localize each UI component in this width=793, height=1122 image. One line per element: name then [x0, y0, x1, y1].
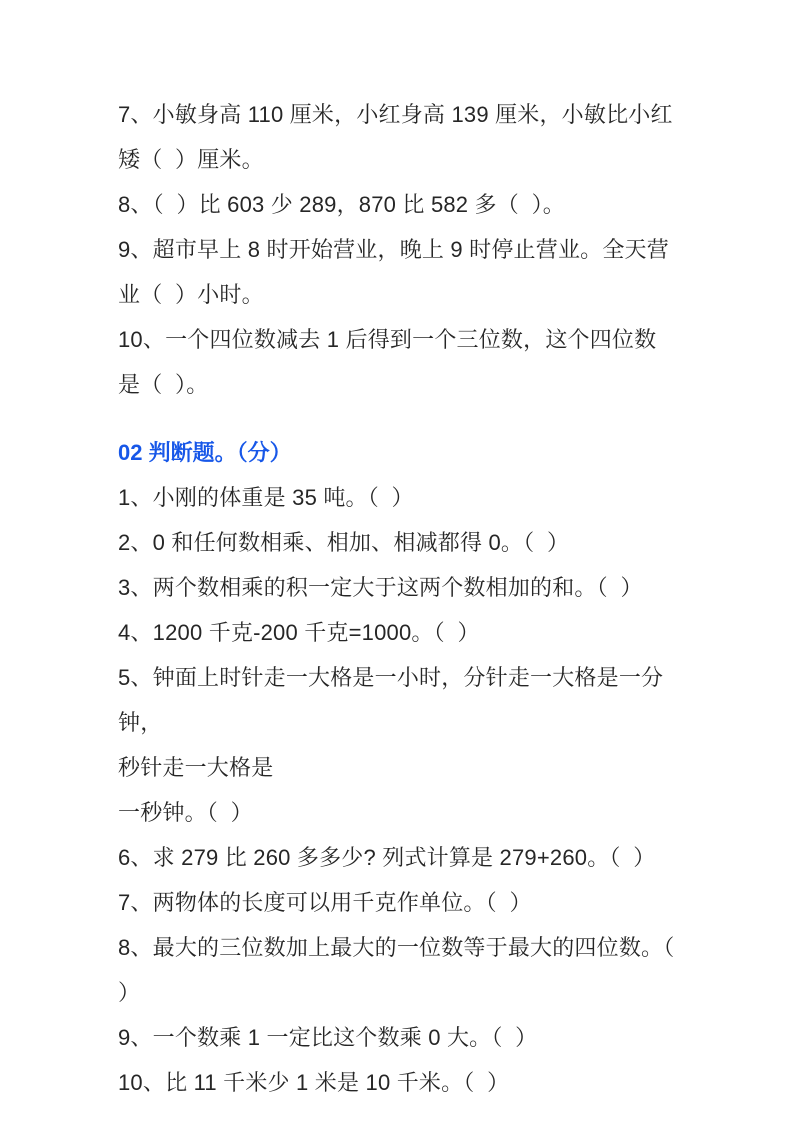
fill-in-blank-section: 7、小敏身高 110 厘米，小红身高 139 厘米，小敏比小红 矮（ ）厘米。 …: [118, 92, 683, 407]
judge-question-5-line-1: 5、钟面上时针走一大格是一小时，分针走一大格是一分钟，: [118, 655, 683, 745]
judge-question-4-line-1: 4、1200 千克-200 千克=1000。（ ）: [118, 610, 683, 655]
judge-question-5-line-3: 一秒钟。（ ）: [118, 790, 683, 835]
judge-section: 1、小刚的体重是 35 吨。（ ） 2、0 和任何数相乘、相加、相减都得 0。（…: [118, 475, 683, 1105]
worksheet-page: 7、小敏身高 110 厘米，小红身高 139 厘米，小敏比小红 矮（ ）厘米。 …: [0, 0, 793, 1122]
judge-question-3-line-1: 3、两个数相乘的积一定大于这两个数相加的和。（ ）: [118, 565, 683, 610]
judge-question-1-line-1: 1、小刚的体重是 35 吨。（ ）: [118, 475, 683, 520]
judge-question-2-line-1: 2、0 和任何数相乘、相加、相减都得 0。（ ）: [118, 520, 683, 565]
judge-question-9-line-1: 9、一个数乘 1 一定比这个数乘 0 大。（ ）: [118, 1015, 683, 1060]
fill-question-10-line-2: 是（ ）。: [118, 362, 683, 407]
fill-question-9-line-2: 业（ ）小时。: [118, 272, 683, 317]
judge-question-5-line-2: 秒针走一大格是: [118, 745, 683, 790]
fill-question-10-line-1: 10、一个四位数减去 1 后得到一个三位数，这个四位数: [118, 317, 683, 362]
judge-question-10-line-1: 10、比 11 千米少 1 米是 10 千米。（ ）: [118, 1060, 683, 1105]
fill-question-9-line-1: 9、超市早上 8 时开始营业，晚上 9 时停止营业。全天营: [118, 227, 683, 272]
fill-question-8-line-1: 8、（ ）比 603 少 289，870 比 582 多（ ）。: [118, 182, 683, 227]
judge-question-8-line-1: 8、最大的三位数加上最大的一位数等于最大的四位数。（ ）: [118, 925, 683, 1015]
judge-question-6-line-1: 6、求 279 比 260 多多少? 列式计算是 279+260。（ ）: [118, 835, 683, 880]
fill-question-7-line-1: 7、小敏身高 110 厘米，小红身高 139 厘米，小敏比小红: [118, 92, 683, 137]
judge-section-heading: 02 判断题。（分）: [118, 430, 683, 475]
fill-question-7-line-2: 矮（ ）厘米。: [118, 137, 683, 182]
judge-question-7-line-1: 7、两物体的长度可以用千克作单位。（ ）: [118, 880, 683, 925]
